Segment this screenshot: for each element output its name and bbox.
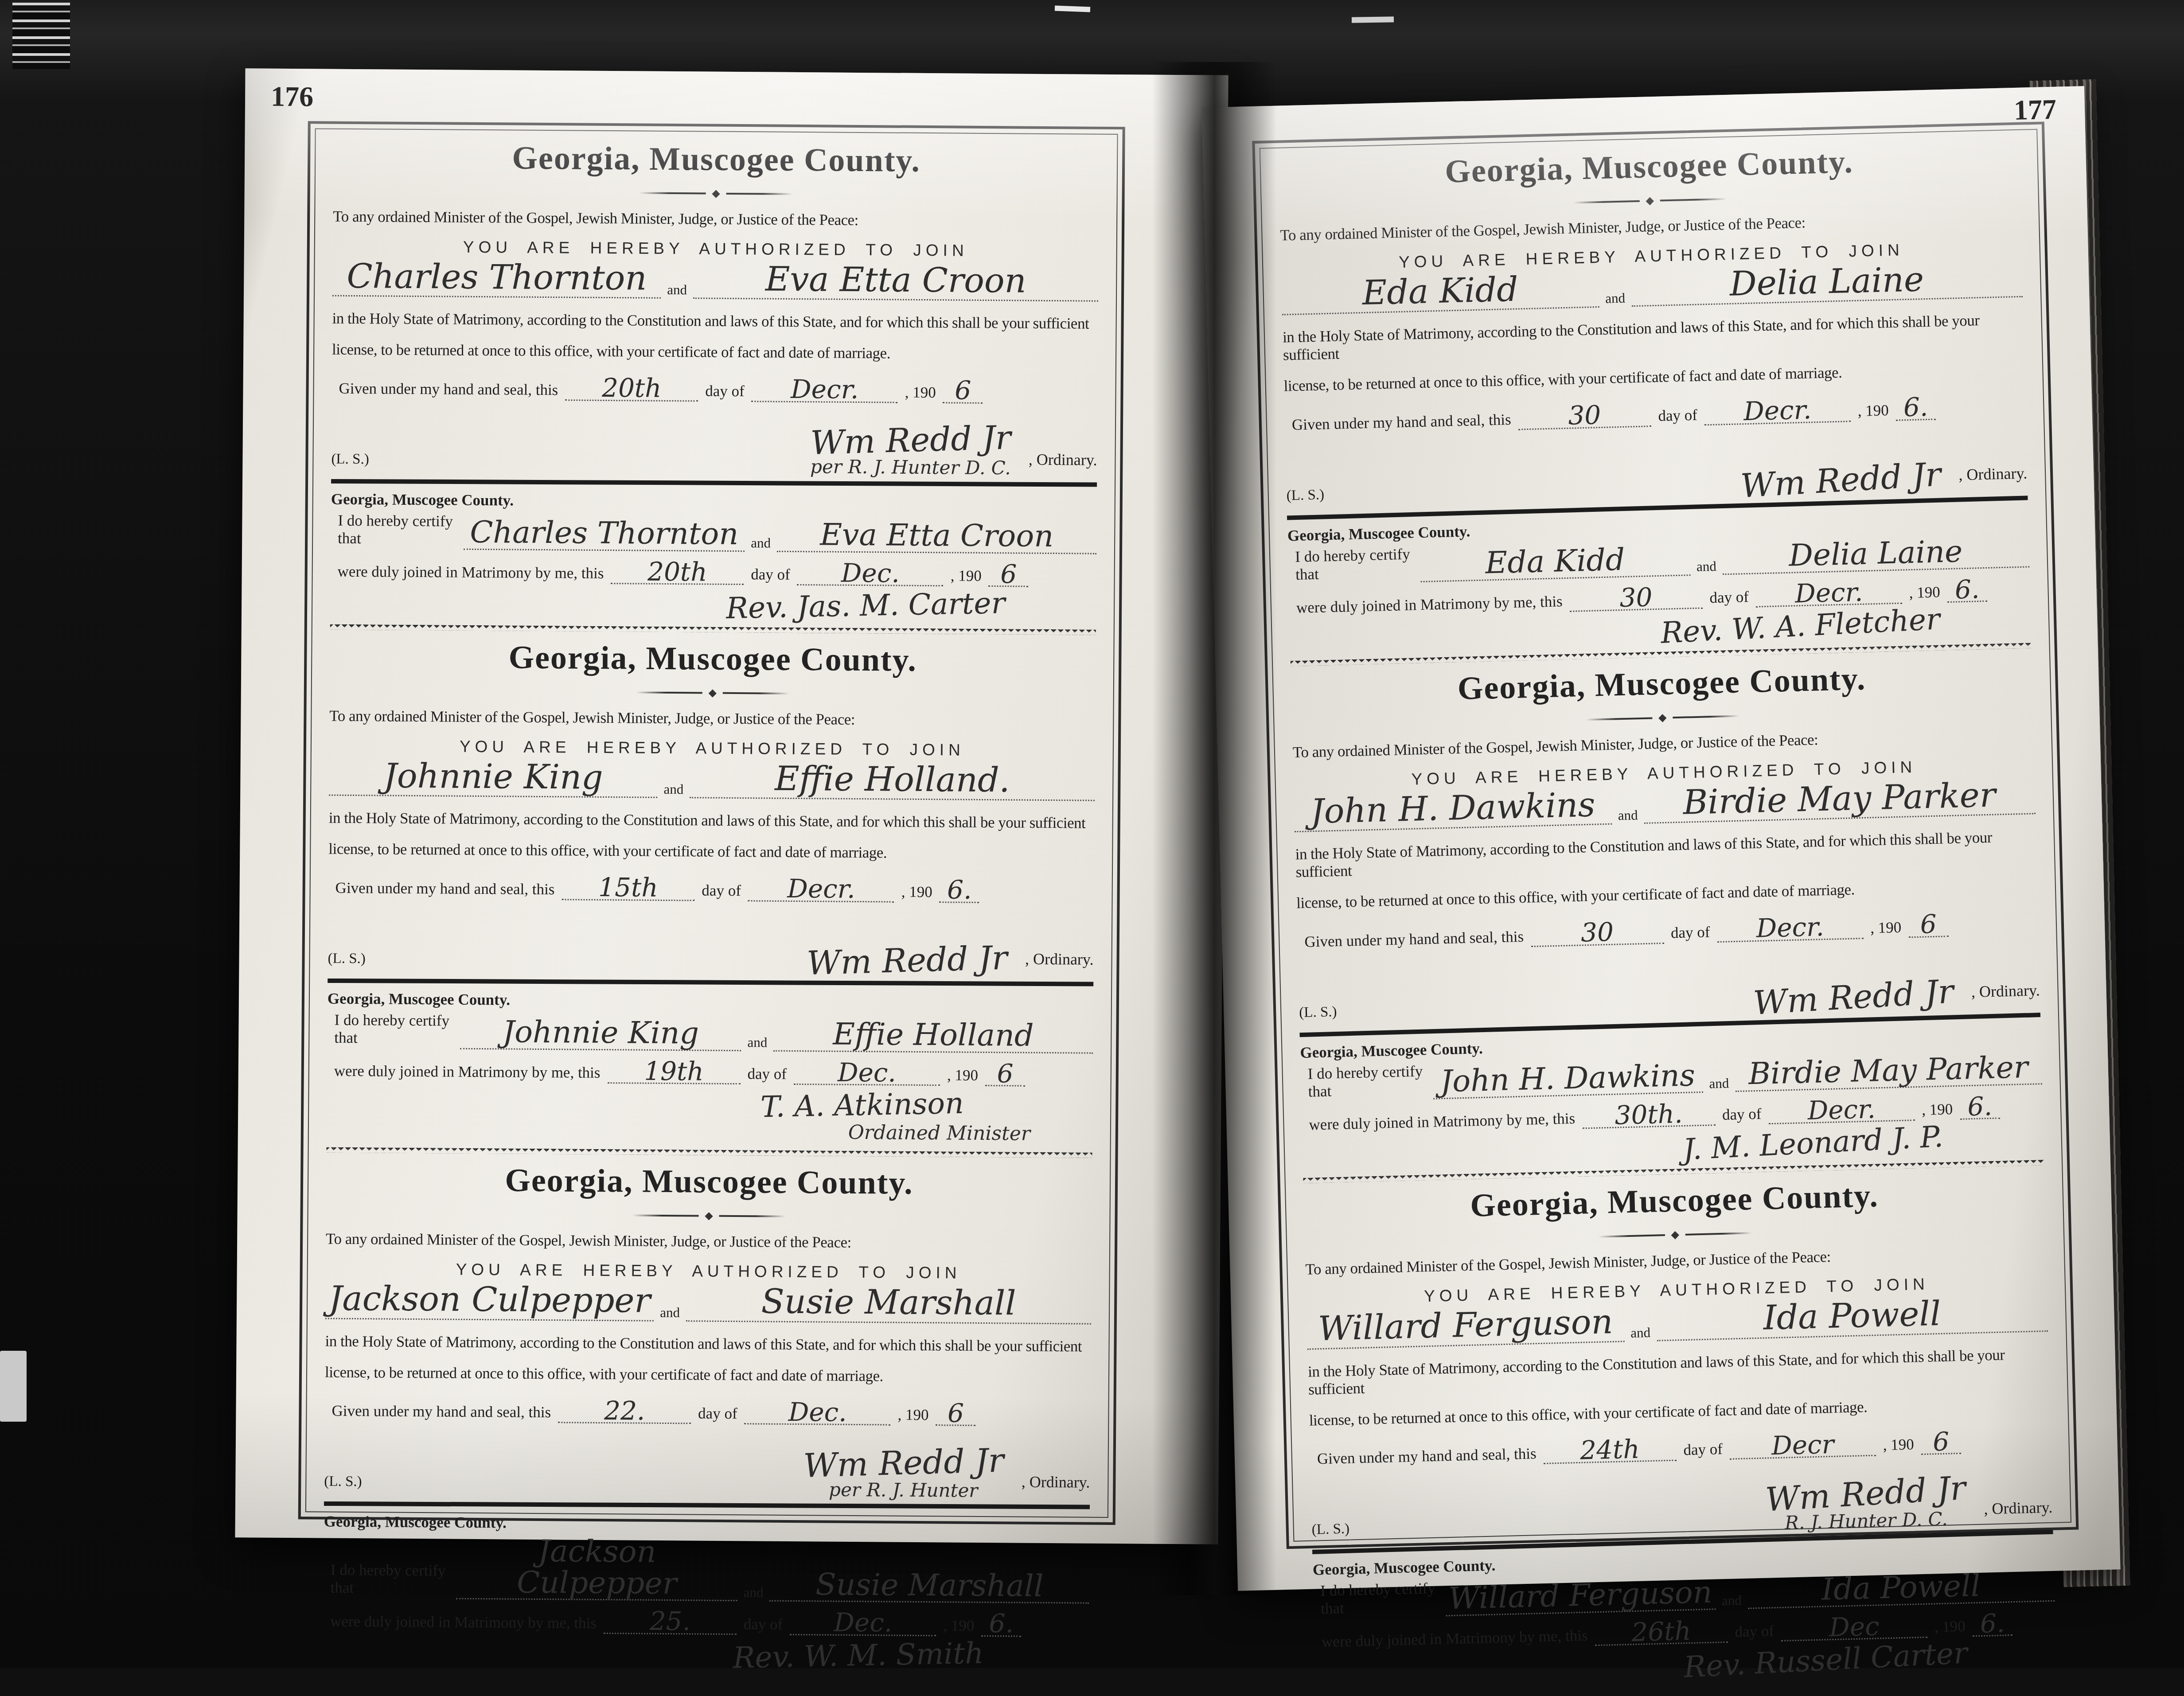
ornament-line [1586,717,1652,721]
officiant-signature-block: Rev. W. M. Smith [690,1639,1026,1668]
marriage-day: 30 [1569,584,1703,612]
diamond-icon: ◆ [1646,195,1654,206]
and-label: and [741,1034,773,1052]
day-of-label: day of [1651,406,1704,427]
ornament-line [1599,1234,1665,1238]
given-prefix: Given under my hand and seal, this [1297,928,1531,953]
certify-prefix: I do hereby certify that [327,1011,460,1049]
county-heading: Georgia, Muscogee County. [326,1161,1092,1204]
marriage-date-line: were duly joined in Matrimony by me, thi… [331,558,1096,587]
marriage-day: 25. [604,1610,737,1635]
ordinary-signature: Wm Redd Jr [806,941,1007,980]
minister-address-line: To any ordained Minister of the Gospel, … [1305,1243,2046,1279]
minister-address-line: To any ordained Minister of the Gospel, … [329,707,1095,730]
bride-name: Birdie May Parker [1643,774,2036,824]
county-subheading: Georgia, Muscogee County. [324,1513,1090,1536]
license-clause-line2: license, to be returned at once to this … [332,341,1098,364]
ordinary-label: , Ordinary. [1958,464,2028,494]
ordinary-signature-block: (L. S.) Wm Redd Jr , Ordinary. [1285,425,2028,510]
matrimony-clause-line1: in the Holy State of Matrimony, accordin… [329,809,1095,832]
certification-names-row: I do hereby certify that Johnnie King an… [327,1011,1093,1053]
license-month: Decr [1729,1431,1876,1459]
joined-prefix: were duly joined in Matrimony by me, thi… [1289,593,1570,619]
marriage-day: 30th. [1582,1101,1715,1129]
and-label: and [1715,1592,1748,1610]
ordinary-signature: Wm Redd Jr [1752,975,1954,1020]
scan-edge-artifact [0,1351,27,1422]
officiant-signature: J. M. Leonard J. P. [1644,1119,1982,1167]
page-border: Georgia, Muscogee County. ◆ To any ordai… [298,121,1125,1525]
bride-name: Effie Holland. [690,758,1095,801]
certified-bride-name: Ida Powell [1747,1568,2055,1609]
certified-groom-name: Willard Ferguson [1445,1577,1716,1616]
officiant-signature-block: Rev. Jas. M. Carter [697,589,1034,622]
matrimony-clause-line1: in the Holy State of Matrimony, accordin… [1308,1345,2049,1398]
ornament-divider: ◆ [333,186,1099,202]
license-clause-line2: license, to be returned at once to this … [1309,1393,2050,1429]
minister-address-line: To any ordained Minister of the Gospel, … [1280,209,2021,245]
year-prefix: , 190 [940,1066,985,1086]
marriage-day: 20th [611,560,744,585]
license-day: 22. [558,1399,691,1424]
diamond-icon: ◆ [1658,713,1667,723]
officiant-signature-block: T. A. Atkinson Ordained Minister [694,1088,1031,1145]
certified-groom-name: Charles Thornton [464,517,745,552]
license-clause-line2: license, to be returned at once to this … [1283,359,2024,395]
groom-name: Eda Kidd [1281,268,1599,316]
marriage-year-digit: 6 [985,1062,1025,1087]
ornament-divider: ◆ [330,685,1096,701]
names-row: Charles Thornton and Eva Etta Croon [332,257,1099,302]
ordinary-signature-block: (L. S.) Wm Redd Jr per R. J. Hunter , Or… [324,1429,1090,1501]
ordinary-signature-block: (L. S.) Wm Redd Jr R. J. Hunter D. C. , … [1310,1460,2053,1544]
day-of-label: day of [744,565,797,585]
given-prefix: Given under my hand and seal, this [328,879,562,900]
ordinary-label: , Ordinary. [1971,981,2040,1011]
county-subheading: Georgia, Muscogee County. [328,990,1093,1013]
year-prefix: , 190 [1876,1435,1921,1456]
diamond-icon: ◆ [705,1211,713,1221]
day-of-label: day of [1663,923,1717,944]
ordinary-label: , Ordinary. [1025,949,1094,978]
and-label: and [661,282,693,299]
groom-name: Jackson Culpepper [325,1279,654,1322]
and-label: and [1690,558,1723,576]
officiant-signature-block: J. M. Leonard J. P. [1644,1123,1981,1162]
given-prefix: Given under my hand and seal, this [1310,1445,1544,1470]
license-month: Decr. [752,378,898,403]
certified-groom-name: Eda Kidd [1420,542,1690,582]
matrimony-clause-line1: in the Holy State of Matrimony, accordin… [325,1332,1091,1355]
diamond-icon: ◆ [712,188,720,199]
certify-prefix: I do hereby certify that [323,1561,456,1599]
officiant-signature-block: Rev. W. A. Fletcher [1632,607,1969,646]
certified-bride-name: Susie Marshall [769,1569,1089,1604]
names-row: Johnnie King and Effie Holland. [329,756,1095,801]
seal-label: (L. S.) [331,451,369,474]
ornament-line [1573,200,1640,204]
and-label: and [657,781,690,799]
license-date-line: Given under my hand and seal, this 20th … [331,374,1097,404]
ornament-line [723,692,789,694]
day-of-label: day of [737,1615,790,1635]
groom-name: John H. Dawkins [1294,785,1612,833]
officiant-signature: Rev. W. A. Fletcher [1631,602,1969,650]
and-label: and [1611,807,1644,825]
scan-mark [1055,6,1090,12]
certified-groom-name: John H. Dawkins [1432,1060,1703,1099]
and-label: and [1703,1075,1735,1093]
marriage-license-record: Georgia, Muscogee County. ◆ To any ordai… [323,1153,1092,1668]
ornament-line [632,1215,698,1217]
joined-prefix: were duly joined in Matrimony by me, thi… [1314,1626,1595,1653]
marriage-month: Dec. [797,561,944,586]
certification-names-row: I do hereby certify that Jackson Culpepp… [323,1534,1089,1604]
license-day: 20th [565,376,698,402]
seal-label: (L. S.) [324,1473,362,1496]
day-of-label: day of [1728,1622,1781,1643]
certified-bride-name: Delia Laine [1722,534,2029,575]
given-prefix: Given under my hand and seal, this [331,379,565,401]
year-prefix: , 190 [1902,583,1947,604]
county-heading: Georgia, Muscogee County. [1303,1173,2045,1229]
certify-prefix: I do hereby certify that [1300,1062,1433,1102]
officiant-signature: Rev. W. M. Smith [690,1637,1027,1668]
seal-label: (L. S.) [328,950,366,973]
and-label: and [654,1304,686,1322]
day-of-label: day of [694,881,748,901]
given-prefix: Given under my hand and seal, this [324,1402,558,1423]
bride-name: Susie Marshall [686,1281,1092,1324]
year-prefix: , 190 [1927,1617,1973,1638]
minister-address-line: To any ordained Minister of the Gospel, … [326,1230,1092,1253]
bride-name: Ida Powell [1656,1291,2048,1341]
license-year-digit: 6 [943,379,983,404]
license-day: 30 [1518,402,1651,430]
license-clause-line2: license, to be returned at once to this … [328,840,1094,863]
ornament-line [639,192,706,195]
year-prefix: , 190 [898,383,943,403]
year-prefix: , 190 [944,567,989,587]
groom-name: Willard Ferguson [1306,1302,1625,1350]
marriage-month: Dec. [790,1610,936,1636]
diamond-icon: ◆ [1671,1229,1679,1240]
joined-prefix: were duly joined in Matrimony by me, thi… [1302,1109,1583,1135]
officiant-title: Ordained Minister [694,1120,1030,1145]
marriage-license-record: Georgia, Muscogee County. ◆ To any ordai… [1278,131,2032,667]
marriage-year-digit: 6. [1960,1094,2000,1119]
certified-bride-name: Effie Holland [773,1018,1093,1053]
license-clause-line2: license, to be returned at once to this … [1296,877,2037,912]
and-label: and [1624,1324,1657,1342]
marriage-day: 19th [607,1059,740,1084]
ornament-line [1673,715,1739,719]
ordinary-signature: Wm Redd Jr [810,421,1011,460]
certified-bride-name: Birdie May Parker [1735,1051,2042,1092]
page-number: 177 [2013,93,2057,127]
officiant-signature: T. A. Atkinson [694,1087,1031,1124]
certified-groom-name: Jackson Culpepper [456,1535,738,1601]
officiant-signature: Rev. Jas. M. Carter [697,587,1034,624]
license-day: 15th [562,876,694,901]
ordinary-label: , Ordinary. [1029,450,1097,479]
page-border: Georgia, Muscogee County. ◆ To any ordai… [1252,121,2079,1549]
ornament-line [636,692,702,694]
license-date-line: Given under my hand and seal, this 15th … [328,874,1094,904]
marriage-year-digit: 6. [981,1612,1021,1637]
license-year-digit: 6 [1908,912,1949,938]
county-heading: Georgia, Muscogee County. [330,638,1096,681]
joined-prefix: were duly joined in Matrimony by me, thi… [323,1612,604,1634]
day-of-label: day of [698,382,752,402]
license-year-digit: 6. [1895,395,1936,421]
marriage-year-digit: 6. [1972,1611,2012,1637]
bride-name: Delia Laine [1630,257,2023,307]
section-rule [331,479,1097,487]
given-prefix: Given under my hand and seal, this [1284,410,1518,436]
page-number: 176 [271,80,314,113]
joined-prefix: were duly joined in Matrimony by me, thi… [331,562,611,584]
minister-address-line: To any ordained Minister of the Gospel, … [1293,725,2034,761]
county-subheading: Georgia, Muscogee County. [331,490,1097,513]
county-heading: Georgia, Muscogee County. [333,138,1100,181]
names-row: Jackson Culpepper and Susie Marshall [325,1279,1092,1324]
marriage-license-record: Georgia, Muscogee County. ◆ To any ordai… [330,130,1100,635]
day-of-label: day of [1715,1105,1769,1126]
license-clause-line2: license, to be returned at once to this … [325,1363,1091,1386]
matrimony-clause-line1: in the Holy State of Matrimony, accordin… [1283,311,2024,364]
license-year-digit: 6 [936,1401,975,1426]
license-date-line: Given under my hand and seal, this 22. d… [324,1397,1090,1427]
license-day: 30 [1530,919,1664,947]
diamond-icon: ◆ [708,688,717,698]
certified-groom-name: Johnnie King [460,1016,741,1051]
certify-prefix: I do hereby certify that [1288,545,1421,585]
ordinary-signature-block: (L. S.) Wm Redd Jr , Ordinary. [1298,943,2040,1027]
county-heading: Georgia, Muscogee County. [1278,139,2020,195]
ordinary-signature: Wm Redd Jr [1739,458,1942,503]
license-month: Dec. [744,1400,890,1425]
minister-address-line: To any ordained Minister of the Gospel, … [333,208,1099,231]
matrimony-clause-line1: in the Holy State of Matrimony, accordin… [1295,828,2036,881]
book-page-176: 176 Georgia, Muscogee County. ◆ To any o… [235,68,1228,1544]
license-year-digit: 6. [940,878,979,903]
marriage-month: Dec [1781,1614,1927,1641]
groom-name: Charles Thornton [332,257,661,299]
scanner-streak-artifact [12,3,70,69]
joined-prefix: were duly joined in Matrimony by me, thi… [327,1062,608,1083]
ordinary-signature-block: (L. S.) Wm Redd Jr , Ordinary. [328,906,1094,978]
county-heading: Georgia, Muscogee County. [1291,656,2033,712]
day-of-label: day of [691,1404,745,1424]
certify-prefix: I do hereby certify that [1313,1579,1446,1619]
and-label: and [1599,290,1632,308]
and-label: and [737,1585,770,1602]
certification-names-row: I do hereby certify that Charles Thornto… [331,511,1097,554]
ornament-line [726,193,793,195]
year-prefix: , 190 [1850,401,1896,421]
marriage-month: Decr. [1755,579,1902,607]
section-rule [328,979,1093,986]
book-page-177: 177 Georgia, Muscogee County. ◆ To any o… [1201,86,2120,1591]
year-prefix: , 190 [894,883,940,903]
certified-bride-name: Eva Etta Croon [777,519,1097,554]
marriage-license-record: Georgia, Muscogee County. ◆ To any ordai… [1291,648,2044,1184]
marriage-day: 26th [1595,1618,1728,1646]
year-prefix: , 190 [1915,1100,1960,1121]
license-month: Decr. [748,877,894,902]
seal-label: (L. S.) [1286,487,1324,510]
seal-label: (L. S.) [1299,1004,1337,1027]
ornament-line [1685,1232,1752,1236]
marriage-license-record: Georgia, Muscogee County. ◆ To any ordai… [327,630,1096,1158]
license-year-digit: 6 [1921,1429,1961,1454]
marriage-month: Decr. [1768,1096,1915,1124]
section-rule [324,1501,1090,1509]
marriage-month: Dec. [794,1060,940,1086]
license-month: Decr. [1717,914,1864,942]
ordinary-label: , Ordinary. [1984,1498,2053,1528]
day-of-label: day of [1702,588,1756,608]
book-scan-background: 176 Georgia, Muscogee County. ◆ To any o… [0,0,2184,1668]
ornament-line [1660,198,1727,202]
day-of-label: day of [1676,1440,1730,1461]
certify-prefix: I do hereby certify that [331,511,464,550]
day-of-label: day of [740,1065,794,1085]
matrimony-clause-line1: in the Holy State of Matrimony, accordin… [332,310,1098,333]
and-label: and [745,535,777,552]
seal-label: (L. S.) [1311,1521,1349,1544]
bride-name: Eva Etta Croon [693,259,1099,302]
marriage-year-digit: 6. [1947,577,1987,602]
ordinary-signature: Wm Redd Jr [803,1444,1004,1482]
ordinary-label: , Ordinary. [1021,1472,1090,1501]
ordinary-signature-block: (L. S.) Wm Redd Jr per R. J. Hunter D. C… [331,407,1097,479]
officiant-signature-block: Rev. Russell Carter [1657,1641,1994,1668]
license-month: Decr. [1704,398,1851,425]
scan-mark [1352,16,1394,23]
marriage-date-line: were duly joined in Matrimony by me, thi… [327,1057,1093,1087]
marriage-year-digit: 6 [989,562,1029,587]
year-prefix: , 190 [1863,918,1909,939]
year-prefix: , 190 [890,1406,936,1426]
marriage-date-line: were duly joined in Matrimony by me, thi… [323,1607,1089,1637]
marriage-license-record: Georgia, Muscogee County. ◆ To any ordai… [1303,1165,2056,1668]
ornament-divider: ◆ [326,1208,1092,1224]
license-day: 24th [1543,1436,1677,1464]
ornament-line [719,1215,786,1217]
year-prefix: , 190 [936,1617,981,1637]
groom-name: Johnnie King [329,756,658,799]
